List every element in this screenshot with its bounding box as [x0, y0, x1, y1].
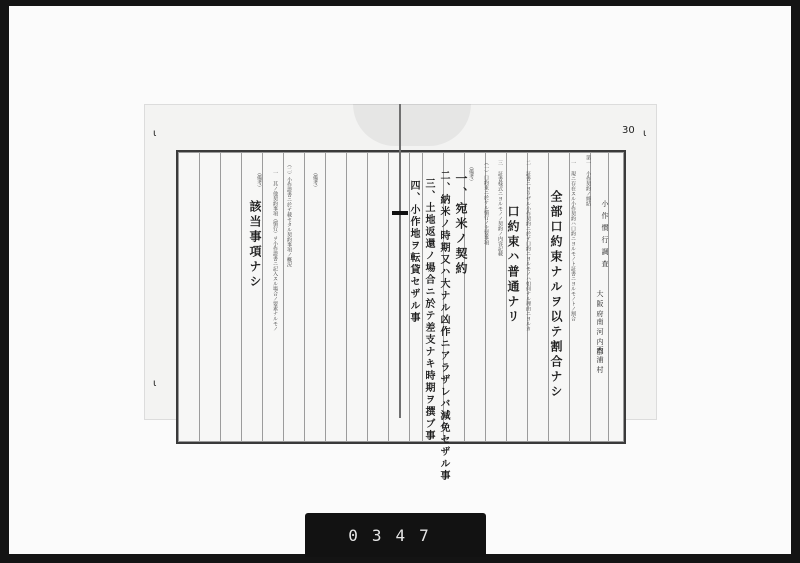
left-handwritten-note: 該当事項ナシ	[247, 200, 264, 290]
ruling-line	[367, 152, 368, 442]
question-3-sub: （一）口約束ニ於ケル慣行ノ主要事項	[483, 160, 490, 245]
handwritten-item-2: 二、納米ノ時期又ハ大ナル凶作ニアラザレバ減免セザル事	[436, 170, 451, 482]
ruling-line	[304, 152, 305, 442]
left-printed-item-2a: 一 其ノ他契約事項（慣行）ヲ小作證書ニ記入スル場合ノ要素ナルモノ	[272, 170, 279, 331]
frame-number: 0347	[305, 526, 486, 545]
ruling-line	[199, 152, 200, 442]
margin-tick-mark: ɩ	[643, 128, 646, 139]
margin-tick-mark: ɩ	[153, 378, 156, 389]
ruling-line	[325, 152, 326, 442]
page-fold	[399, 104, 401, 418]
ruling-line	[346, 152, 347, 442]
question-1: 一 現ニ存在スル小作契約ハ口約ニヨルモノト証書ニヨルモノトノ割合	[570, 160, 577, 321]
location-prefecture: 大阪府	[595, 290, 605, 320]
page-number-mark: 30	[622, 125, 635, 136]
form-title: 小作慣行調査	[600, 200, 610, 272]
left-note-heading-2: （備考）	[256, 170, 263, 190]
left-printed-item-2: （二）小作證書ニ於テ載セタル契約事項ノ概況	[286, 162, 293, 267]
location-village: 西浦村	[595, 346, 605, 376]
handwritten-item-4: 四、小作地ヲ転貸セザル事	[406, 180, 421, 324]
section-heading: 第一 小作契約ノ締結	[585, 155, 592, 206]
handwritten-item-3: 三、土地返還ノ場合ニ於テ差支ナキ時期ヲ撰ブ事	[421, 178, 436, 442]
ruling-line	[220, 152, 221, 442]
ruling-line	[283, 152, 284, 442]
ruling-line	[262, 152, 263, 442]
left-note-heading-1: （備考）	[312, 170, 319, 190]
handwritten-item-1: 一、宛米ノ契約	[453, 172, 470, 277]
answer-2-handwritten: 口約束ハ普通ナリ	[505, 205, 522, 325]
ruling-line	[388, 152, 389, 442]
question-3: 三 証書様式ニヨルモノノ契約ノ内容記載	[497, 160, 504, 256]
ruling-line	[608, 152, 609, 442]
ruling-line	[241, 152, 242, 442]
question-2: 二 証書ニヨラザル小作契約ニ於テ口約ニヨルモノハ如何ナル理由ニヨルカ	[525, 160, 532, 331]
margin-tick-mark: ɩ	[153, 128, 156, 139]
frame-number-tab: 0347	[305, 513, 486, 557]
answer-1-handwritten: 全部口約束ナルヲ以テ割合ナシ	[548, 190, 565, 400]
